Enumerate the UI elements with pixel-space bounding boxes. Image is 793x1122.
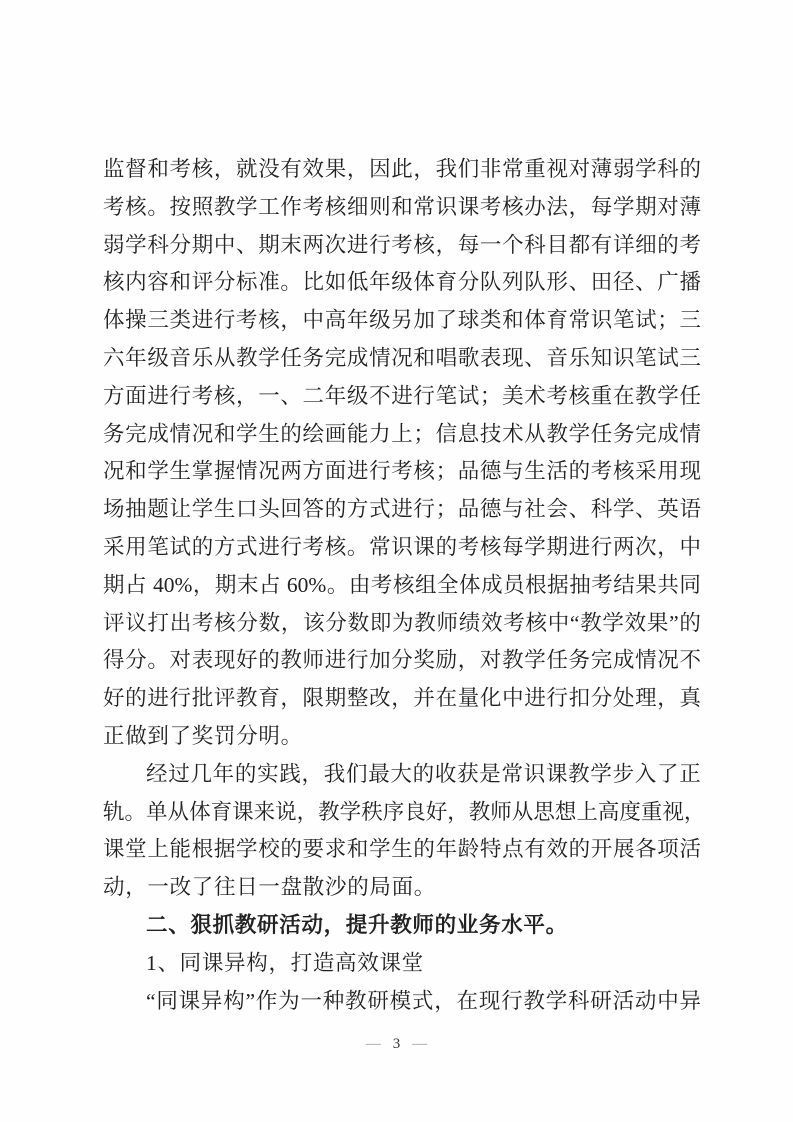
text-line: 核内容和评分标准。比如低年级体育分队列队形、田径、广播 bbox=[103, 264, 701, 302]
text-line: 正做到了奖罚分明。 bbox=[103, 718, 701, 756]
text-line: 方面进行考核，一、二年级不进行笔试；美术考核重在教学任 bbox=[103, 378, 701, 416]
document-page: 监督和考核，就没有效果，因此，我们非常重视对薄弱学科的考核。按照教学工作考核细则… bbox=[0, 0, 793, 1122]
text-line: 场抽题让学生口头回答的方式进行；品德与社会、科学、英语 bbox=[103, 491, 701, 529]
text-line: “同课异构”作为一种教研模式，在现行教学科研活动中异 bbox=[103, 983, 701, 1021]
text-line: 考核。按照教学工作考核细则和常识课考核办法，每学期对薄 bbox=[103, 189, 701, 227]
text-line: 务完成情况和学生的绘画能力上；信息技术从教学任务完成情 bbox=[103, 416, 701, 454]
text-line: 弱学科分期中、期末两次进行考核，每一个科目都有详细的考 bbox=[103, 227, 701, 265]
text-line: 好的进行批评教育，限期整改，并在量化中进行扣分处理，真 bbox=[103, 680, 701, 718]
page-number: 3 bbox=[393, 1036, 401, 1052]
text-line: 动，一改了往日一盘散沙的局面。 bbox=[103, 869, 701, 907]
text-line: 采用笔试的方式进行考核。常识课的考核每学期进行两次，中 bbox=[103, 529, 701, 567]
text-line: 经过几年的实践，我们最大的收获是常识课教学步入了正 bbox=[103, 756, 701, 794]
text-line: 监督和考核，就没有效果，因此，我们非常重视对薄弱学科的 bbox=[103, 151, 701, 189]
footer-dash-right: — bbox=[412, 1036, 427, 1052]
text-line: 况和学生掌握情况两方面进行考核；品德与生活的考核采用现 bbox=[103, 453, 701, 491]
text-line: 评议打出考核分数，该分数即为教师绩效考核中“教学效果”的 bbox=[103, 605, 701, 643]
page-footer: —3— bbox=[0, 1033, 793, 1055]
section-heading-line: 二、狠抓教研活动，提升教师的业务水平。 bbox=[103, 907, 701, 945]
document-body: 监督和考核，就没有效果，因此，我们非常重视对薄弱学科的考核。按照教学工作考核细则… bbox=[103, 151, 701, 1020]
text-line: 轨。单从体育课来说，教学秩序良好，教师从思想上高度重视， bbox=[103, 794, 701, 832]
text-line: 期占 40%，期末占 60%。由考核组全体成员根据抽考结果共同 bbox=[103, 567, 701, 605]
text-line: 1、同课异构，打造高效课堂 bbox=[103, 945, 701, 983]
footer-dash-left: — bbox=[366, 1036, 381, 1052]
text-line: 六年级音乐从教学任务完成情况和唱歌表现、音乐知识笔试三 bbox=[103, 340, 701, 378]
text-line: 体操三类进行考核，中高年级另加了球类和体育常识笔试；三 bbox=[103, 302, 701, 340]
text-line: 课堂上能根据学校的要求和学生的年龄特点有效的开展各项活 bbox=[103, 831, 701, 869]
text-line: 得分。对表现好的教师进行加分奖励，对教学任务完成情况不 bbox=[103, 642, 701, 680]
